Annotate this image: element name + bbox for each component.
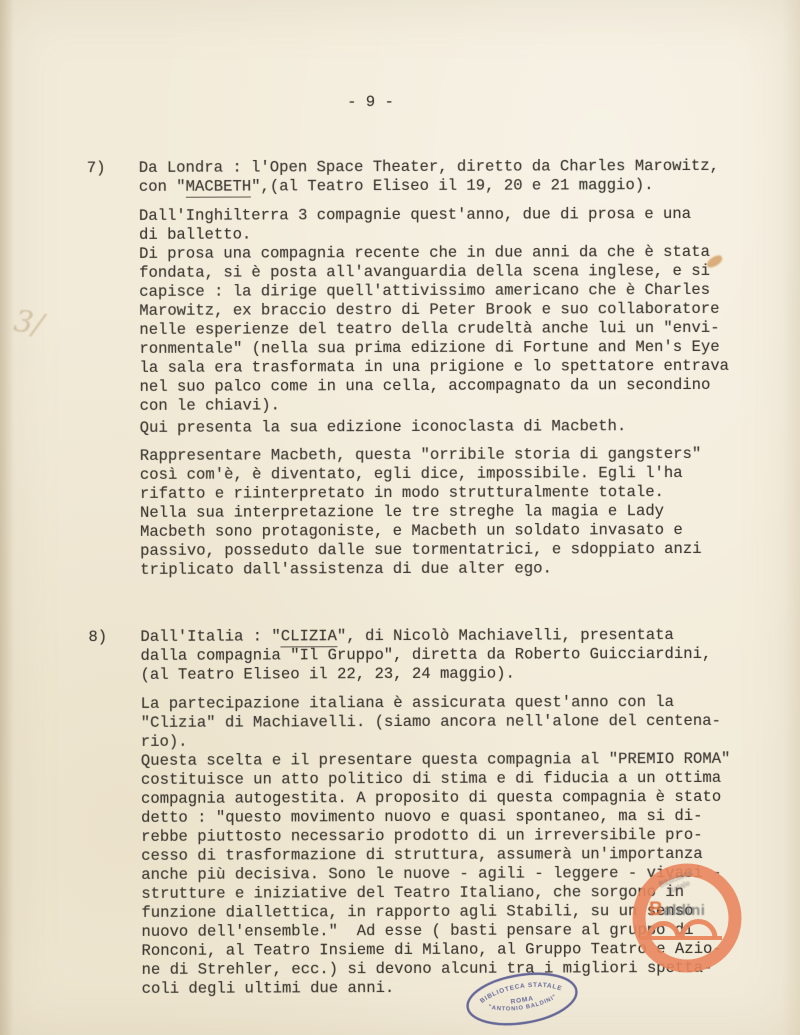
section-7-paragraph-2: Qui presenta la sua edizione iconoclasta… [140, 417, 627, 438]
page-number: - 9 - [0, 92, 743, 114]
section-7-marker: 7) [87, 159, 106, 178]
round-library-stamp: Biblioteca statale Baldini [630, 859, 746, 978]
section-8-heading-pre: Dall'Italia : " [140, 627, 280, 645]
scanned-document-page: - 9 - 7) Da Londra : l'Open Space Theate… [0, 0, 800, 1035]
section-8-play-title: CLIZIA [281, 627, 337, 647]
section-7-paragraph-3: Rappresentare Macbeth, questa "orribile … [140, 445, 702, 580]
stamp-baldini-rest: aldini [663, 902, 705, 919]
section-8-heading: Dall'Italia : "CLIZIA", di Nicolò Machia… [140, 626, 711, 685]
handwritten-margin-mark: 3/ [11, 304, 45, 343]
section-8-marker: 8) [88, 628, 107, 647]
stamp-baldini-label: Baldini [649, 899, 705, 921]
section-7-paragraph-1: Dall'Inghilterra 3 compagnie quest'anno,… [139, 205, 729, 416]
stamp-baldini-initial: B [649, 899, 663, 920]
section-7-heading-post: ",(al Teatro Eliseo il 19, 20 e 21 maggi… [251, 176, 653, 195]
section-7-play-title: MACBETH [186, 178, 252, 198]
section-7-heading: Da Londra : l'Open Space Theater, dirett… [139, 157, 719, 197]
double-arch-logo-icon [638, 919, 738, 945]
